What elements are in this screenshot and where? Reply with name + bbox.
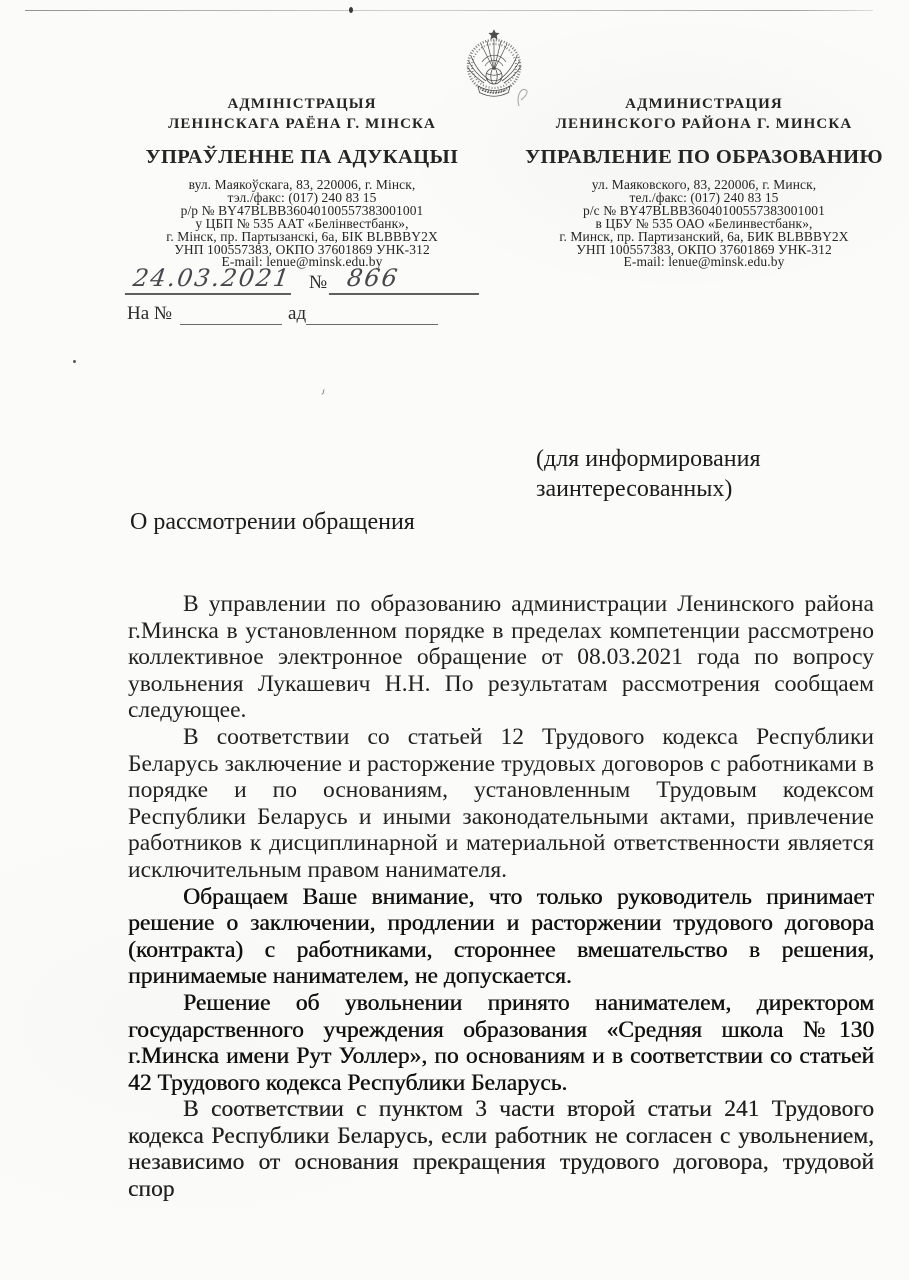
org-contact-details-by: вул. Маякоўскага, 83, 220006, г. Мінск,т…	[120, 179, 484, 269]
org-admin-name-by: АДМІНІСТРАЦЫЯ ЛЕНІНСКАГА РАЁНА Г. МІНСКА	[120, 95, 484, 134]
org-admin-line2: ЛЕНІНСКАГА РАЁНА Г. МІНСКА	[120, 115, 484, 135]
reply-to-number-label: На №	[127, 303, 172, 325]
scan-artifact-dot	[349, 7, 353, 13]
body-paragraph: В соответствии с пунктом 3 части второй …	[128, 1096, 874, 1202]
number-sign-label: №	[309, 272, 327, 294]
recipient-note-line1: (для информирования	[536, 444, 761, 474]
reference-block: 24.03.2021 № 866 На № ад	[127, 264, 487, 325]
scan-artifact-top-line	[25, 10, 873, 11]
org-admin-line1: АДМІНІСТРАЦЫЯ	[120, 95, 484, 115]
outgoing-ref-row: 24.03.2021 № 866	[127, 264, 487, 295]
outgoing-date-handwritten: 24.03.2021	[125, 264, 295, 295]
belarus-coat-of-arms-icon	[463, 28, 525, 105]
letterhead-russian: АДМИНИСТРАЦИЯ ЛЕНИНСКОГО РАЙОНА Г. МИНСК…	[522, 95, 886, 269]
contact-line: E-mail: lenue@minsk.edu.by	[522, 256, 886, 269]
scan-artifact-speck	[73, 360, 76, 363]
letter-body: В управлении по образованию администраци…	[128, 591, 874, 1203]
letterhead-belarusian: АДМІНІСТРАЦЫЯ ЛЕНІНСКАГА РАЁНА Г. МІНСКА…	[120, 95, 484, 269]
org-contact-details-ru: ул. Маяковского, 83, 220006, г. Минск,те…	[522, 179, 886, 269]
scan-artifact-mark	[320, 389, 324, 395]
incoming-ref-row: На № ад	[127, 302, 487, 325]
recipient-note: (для информирования заинтересованных)	[536, 444, 761, 504]
body-paragraph: Решение об увольнении принято нанимателе…	[128, 990, 874, 1096]
body-paragraph: В соответствии со статьей 12 Трудового к…	[128, 724, 874, 884]
reply-date-label: ад	[288, 303, 306, 325]
reply-date-blank	[306, 302, 438, 325]
org-admin-line1: АДМИНИСТРАЦИЯ	[522, 95, 886, 115]
scanned-letter-page: АДМІНІСТРАЦЫЯ ЛЕНІНСКАГА РАЁНА Г. МІНСКА…	[0, 0, 909, 1280]
subject-line: О рассмотрении обращения	[130, 509, 415, 536]
org-admin-line2: ЛЕНИНСКОГО РАЙОНА Г. МИНСКА	[522, 115, 886, 135]
reply-number-blank	[180, 302, 282, 325]
recipient-note-line2: заинтересованных)	[536, 474, 761, 504]
body-paragraph: В управлении по образованию администраци…	[128, 591, 874, 724]
org-admin-name-ru: АДМИНИСТРАЦИЯ ЛЕНИНСКОГО РАЙОНА Г. МИНСК…	[522, 95, 886, 134]
body-paragraph: Обращаем Ваше внимание, что только руков…	[128, 884, 874, 990]
org-department-ru: УПРАВЛЕНИЕ ПО ОБРАЗОВАНИЮ	[522, 145, 886, 170]
org-department-by: УПРАЎЛЕННЕ ПА АДУКАЦЫІ	[120, 145, 484, 170]
outgoing-number-handwritten: 866	[329, 264, 483, 295]
